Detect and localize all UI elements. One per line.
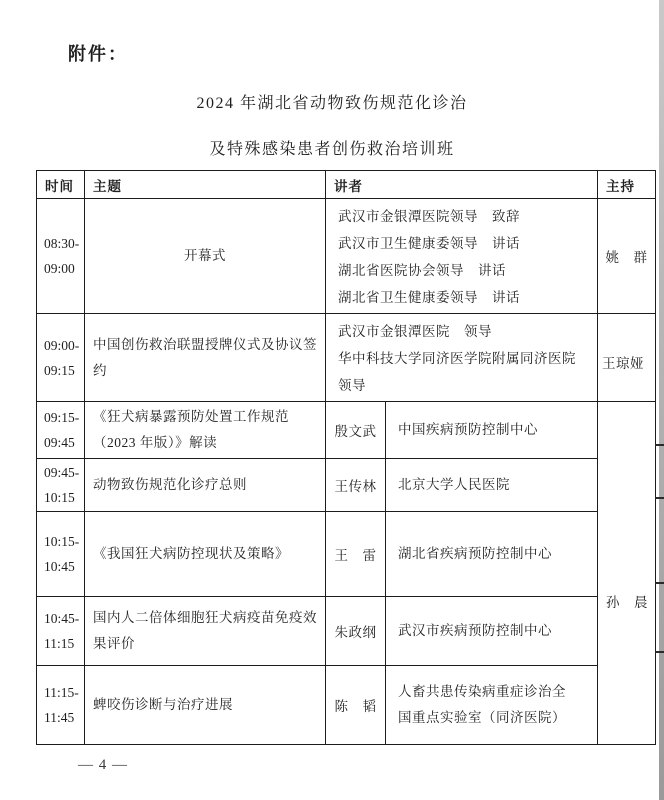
- table-row: 09:15- 09:45 《狂犬病暴露预防处置工作规范（2023 年版）》解读 …: [37, 402, 656, 459]
- speaker-name-cell: 朱政纲: [326, 597, 386, 666]
- speaker-affiliation-cell: 湖北省疾病预防控制中心: [386, 512, 598, 597]
- table-row: 08:30- 09:00 开幕式 武汉市金银潭医院领导 致辞 武汉市卫生健康委领…: [37, 199, 656, 314]
- speaker-cell: 武汉市金银潭医院 领导 华中科技大学同济医学院附属同济医院领导: [326, 314, 598, 402]
- table-header-row: 时间 主题 讲者 主持: [37, 171, 656, 199]
- table-row: 09:45- 10:15 动物致伤规范化诊疗总则 王传林 北京大学人民医院: [37, 459, 656, 512]
- speaker-affiliation-cell: 人畜共患传染病重症诊治全国重点实验室（同济医院）: [386, 666, 598, 745]
- speaker-name-cell: 殷文武: [326, 402, 386, 459]
- schedule-table: 时间 主题 讲者 主持 08:30- 09:00 开幕式 武汉市金银潭医院领导 …: [36, 170, 656, 745]
- speaker-name-cell: 王 雷: [326, 512, 386, 597]
- time-end: 11:15: [44, 631, 83, 656]
- time-end: 11:45: [44, 705, 83, 730]
- header-host: 主持: [598, 171, 656, 199]
- scan-line-artifact: [655, 444, 664, 446]
- time-cell: 11:15- 11:45: [37, 666, 85, 745]
- header-speaker: 讲者: [326, 171, 598, 199]
- document-title-line2: 及特殊感染患者创伤救治培训班: [0, 136, 664, 159]
- time-cell: 09:00- 09:15: [37, 314, 85, 402]
- topic-cell: 动物致伤规范化诊疗总则: [85, 459, 326, 512]
- host-cell: 王琼娅: [598, 314, 656, 402]
- speaker-line: 湖北省卫生健康委领导 讲话: [338, 284, 577, 311]
- time-end: 09:00: [44, 256, 83, 281]
- speaker-affiliation-cell: 武汉市疾病预防控制中心: [386, 597, 598, 666]
- document-page: 附件： 2024 年湖北省动物致伤规范化诊治 及特殊感染患者创伤救治培训班 时间…: [0, 0, 664, 800]
- speaker-line: 华中科技大学同济医学院附属同济医院领导: [338, 345, 577, 399]
- header-topic: 主题: [85, 171, 326, 199]
- attachment-label: 附件：: [68, 40, 128, 66]
- time-cell: 09:45- 10:15: [37, 459, 85, 512]
- time-start: 09:45-: [44, 460, 83, 485]
- host-cell: 姚 群: [598, 199, 656, 314]
- speaker-name-cell: 王传林: [326, 459, 386, 512]
- time-start: 09:15-: [44, 405, 83, 430]
- time-start: 11:15-: [44, 680, 83, 705]
- scan-line-artifact: [655, 497, 664, 499]
- topic-cell: 蜱咬伤诊断与治疗进展: [85, 666, 326, 745]
- topic-cell: 开幕式: [85, 199, 326, 314]
- topic-cell: 《我国狂犬病防控现状及策略》: [85, 512, 326, 597]
- table-row: 11:15- 11:45 蜱咬伤诊断与治疗进展 陈 韬 人畜共患传染病重症诊治全…: [37, 666, 656, 745]
- time-start: 10:45-: [44, 606, 83, 631]
- time-cell: 09:15- 09:45: [37, 402, 85, 459]
- host-cell: 孙 晨: [598, 402, 656, 745]
- topic-cell: 国内人二倍体细胞狂犬病疫苗免疫效果评价: [85, 597, 326, 666]
- time-start: 10:15-: [44, 529, 83, 554]
- speaker-affiliation-cell: 北京大学人民医院: [386, 459, 598, 512]
- table-row: 10:15- 10:45 《我国狂犬病防控现状及策略》 王 雷 湖北省疾病预防控…: [37, 512, 656, 597]
- time-end: 10:15: [44, 485, 83, 510]
- speaker-cell: 武汉市金银潭医院领导 致辞 武汉市卫生健康委领导 讲话 湖北省医院协会领导 讲话…: [326, 199, 598, 314]
- topic-cell: 《狂犬病暴露预防处置工作规范（2023 年版）》解读: [85, 402, 326, 459]
- scan-edge-strip: [659, 0, 664, 800]
- speaker-affiliation-cell: 中国疾病预防控制中心: [386, 402, 598, 459]
- speaker-line: 武汉市金银潭医院 领导: [338, 318, 577, 345]
- topic-cell: 中国创伤救治联盟授牌仪式及协议签约: [85, 314, 326, 402]
- table-row: 10:45- 11:15 国内人二倍体细胞狂犬病疫苗免疫效果评价 朱政纲 武汉市…: [37, 597, 656, 666]
- time-start: 08:30-: [44, 231, 83, 256]
- page-number: — 4 —: [78, 757, 128, 774]
- time-end: 09:45: [44, 430, 83, 455]
- speaker-line: 武汉市卫生健康委领导 讲话: [338, 230, 577, 257]
- time-cell: 08:30- 09:00: [37, 199, 85, 314]
- speaker-line: 武汉市金银潭医院领导 致辞: [338, 203, 577, 230]
- scan-line-artifact: [655, 582, 664, 584]
- time-cell: 10:15- 10:45: [37, 512, 85, 597]
- speaker-name-cell: 陈 韬: [326, 666, 386, 745]
- time-start: 09:00-: [44, 333, 83, 358]
- time-end: 10:45: [44, 554, 83, 579]
- header-time: 时间: [37, 171, 85, 199]
- time-cell: 10:45- 11:15: [37, 597, 85, 666]
- scan-line-artifact: [655, 651, 664, 653]
- document-title-line1: 2024 年湖北省动物致伤规范化诊治: [0, 90, 664, 113]
- speaker-line: 湖北省医院协会领导 讲话: [338, 257, 577, 284]
- table-row: 09:00- 09:15 中国创伤救治联盟授牌仪式及协议签约 武汉市金银潭医院 …: [37, 314, 656, 402]
- time-end: 09:15: [44, 358, 83, 383]
